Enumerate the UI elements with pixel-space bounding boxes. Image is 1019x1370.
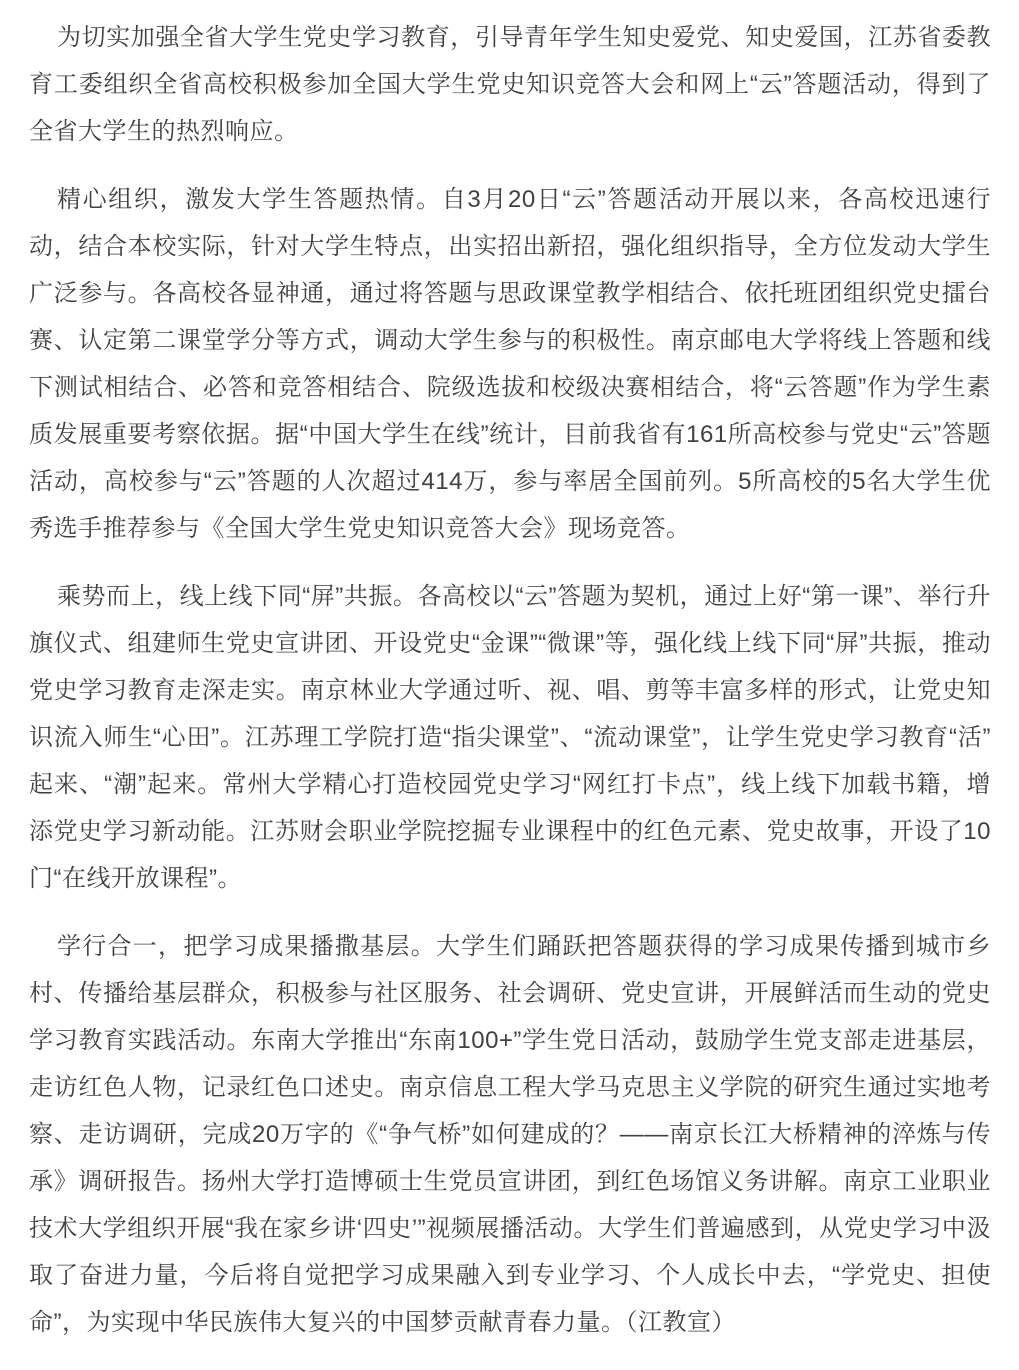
article-paragraph-practice: 学行合一，把学习成果播撒基层。大学生们踊跃把答题获得的学习成果传播到城市乡村、传…	[29, 923, 991, 1346]
article-paragraph-intro: 为切实加强全省大学生党史学习教育，引导青年学生知史爱党、知史爱国，江苏省委教育工…	[29, 14, 991, 155]
article-paragraph-organization: 精心组织，激发大学生答题热情。自3月20日“云”答题活动开展以来，各高校迅速行动…	[29, 176, 991, 552]
article-paragraph-online-offline: 乘势而上，线上线下同“屏”共振。各高校以“云”答题为契机，通过上好“第一课”、举…	[29, 573, 991, 902]
document-page: 为切实加强全省大学生党史学习教育，引导青年学生知史爱党、知史爱国，江苏省委教育工…	[0, 0, 1019, 1370]
article-body: 为切实加强全省大学生党史学习教育，引导青年学生知史爱党、知史爱国，江苏省委教育工…	[29, 14, 991, 1346]
